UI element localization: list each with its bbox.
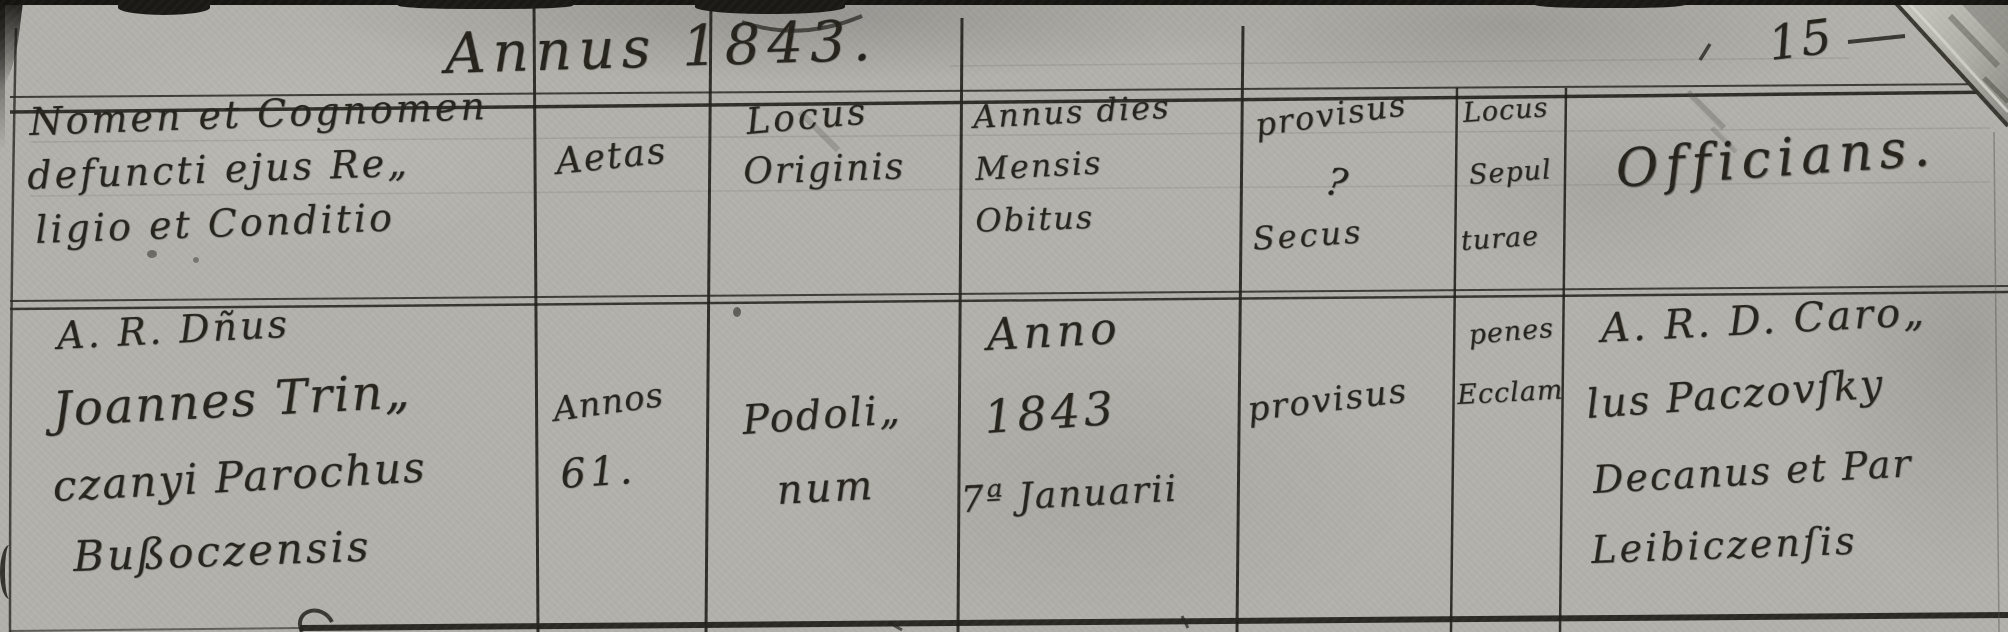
next-row-ink	[888, 622, 902, 630]
entry-provisus: provisus	[1245, 371, 1410, 430]
next-row-ink	[300, 611, 332, 632]
entry-aetas-line2: 61.	[559, 447, 638, 498]
top-left-corner-shadow	[0, 0, 24, 91]
col-line-5	[1451, 88, 1457, 632]
folded-corner-shadow	[1958, 0, 2008, 54]
year-heading: Annus 1843.	[444, 8, 878, 87]
entry-officians-line4: Leibiczenſis	[1590, 519, 1858, 572]
fold-crease	[1984, 78, 2008, 102]
header-aetas: Aetas	[554, 131, 669, 183]
page-number-flourish	[1848, 36, 1905, 42]
entry-locus-sepulturae-line1: penes	[1467, 313, 1555, 351]
left-edge-ink-mark	[0, 545, 19, 599]
entry-locus-originis-line1: Podoli„	[741, 387, 903, 444]
header-locus-originis-line1: Locus	[744, 91, 870, 143]
header-locus-sepulturae-line3: turae	[1460, 221, 1540, 257]
rule-header-bottom-thin	[10, 286, 2008, 301]
header-obitus-line1: Annus dies	[972, 88, 1171, 136]
fold-crease	[1950, 16, 1998, 66]
header-name-line3: ligio et Conditio	[34, 195, 395, 252]
col-line-1	[534, 4, 538, 632]
page-number: 15	[1765, 8, 1836, 72]
top-edge-blob	[1535, 0, 1685, 8]
entry-obitus-line2: 1843	[982, 381, 1119, 444]
entry-name-line4: Bußoczensis	[72, 522, 372, 581]
entry-aetas-line1: Annos	[550, 375, 666, 430]
guide-line	[950, 58, 1850, 66]
col-line-3	[958, 18, 962, 632]
header-provisus-line3: Secus	[1251, 212, 1364, 258]
next-row-ink	[1182, 616, 1188, 628]
header-provisus-symbol: ?	[1322, 159, 1351, 206]
smudge	[1688, 92, 1724, 128]
header-locus-sepulturae-line1: Locus	[1462, 92, 1550, 129]
col-line-6	[1560, 88, 1566, 632]
entry-officians-line1: A. R. D. Caro„	[1600, 289, 1928, 352]
header-officians: Officians.	[1614, 118, 1939, 200]
entry-obitus-line1: Anno	[985, 303, 1122, 361]
top-edge-blob	[118, 0, 210, 15]
left-edge-shadow	[0, 0, 5, 150]
header-locus-originis-line2: Originis	[743, 146, 906, 193]
header-provisus-line1: provisus	[1253, 85, 1410, 144]
header-obitus-line3: Obitus	[975, 198, 1095, 240]
top-edge-blob	[398, 0, 573, 9]
folded-corner	[1893, 0, 2008, 126]
ink-speck	[147, 250, 157, 258]
death-register-scan: Annus 1843. 15 Nomen et Cognomen defunct…	[0, 0, 2008, 632]
entry-officians-line2: lus Paczovſky	[1585, 361, 1886, 428]
entry-name-line1: A. R. Dñus	[56, 302, 291, 358]
ink-tick	[1700, 44, 1710, 60]
header-obitus-line2: Mensis	[974, 143, 1103, 188]
ink-speck	[193, 257, 199, 263]
header-name-line1: Nomen et Cognomen	[28, 84, 488, 144]
top-edge-shadow	[0, 0, 2008, 5]
page-right-edge	[1994, 132, 1999, 632]
col-line-4	[1237, 26, 1243, 632]
entry-locus-sepulturae-line2: Ecclam	[1456, 374, 1564, 411]
rule-row-bottom-heavy	[300, 615, 2008, 628]
ink-speck	[733, 307, 741, 317]
entry-obitus-line3: 7ª Januarii	[960, 469, 1179, 521]
entry-name-line3: czanyi Parochus	[51, 442, 427, 511]
col-line-2	[706, 0, 711, 632]
entry-name-line2: Joannes Trin„	[51, 363, 412, 438]
header-name-line2: defuncti ejus Re„	[26, 141, 410, 198]
entry-officians-line3: Decanus et Par	[1592, 441, 1914, 502]
rule-row-bottom-thin	[10, 628, 300, 631]
entry-locus-originis-line2: num	[776, 463, 877, 514]
fold-highlight	[1906, 0, 2008, 112]
fold-edge	[1893, 0, 2008, 126]
col-line-left-border	[10, 28, 16, 632]
header-locus-sepulturae-line2: Sepul	[1468, 154, 1553, 191]
